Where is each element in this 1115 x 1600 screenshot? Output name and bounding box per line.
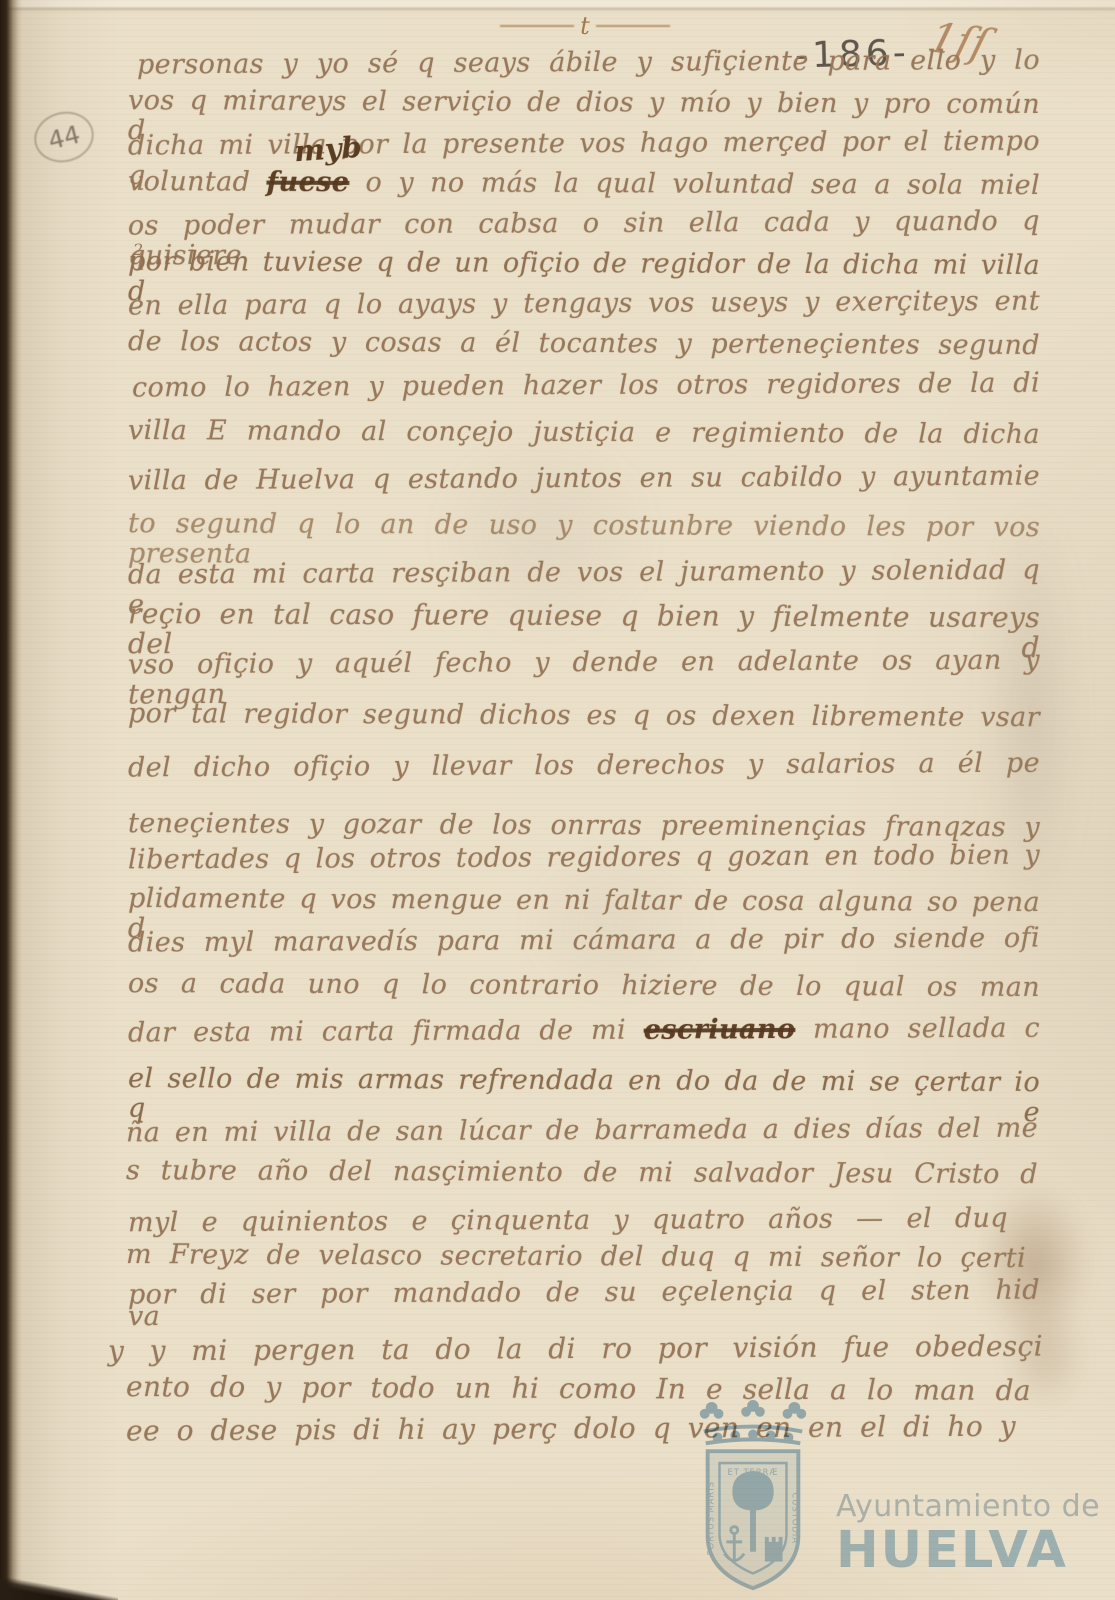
cross-glyph: t	[580, 14, 590, 38]
manuscript-line: como lo hazen y pueden hazer los otros r…	[132, 369, 1040, 404]
overwrite-word: myb	[293, 130, 363, 169]
manuscript-line: ento do y por todo un hi como In e sella…	[126, 1372, 1031, 1406]
invocation-cross: t	[500, 14, 670, 38]
margin-circled-number: 44	[29, 105, 99, 168]
margin-number-2: 2	[133, 240, 143, 259]
manuscript-line: villa E mando al conçejo justiçia e regi…	[128, 416, 1040, 450]
crest-crown	[701, 1401, 805, 1443]
manuscript-line: por di ser por mandado de su eçelençia q…	[128, 1276, 1040, 1311]
crest-tower	[765, 1537, 783, 1562]
manuscript-line: libertades q los otros todos regidores q…	[128, 841, 1040, 876]
invocation-right-stroke	[596, 25, 670, 27]
manuscript-page: t -186- 1ſſ 44 personas y yo sé q seays …	[0, 0, 1115, 1600]
manuscript-line: del dicho ofiçio y llevar los derechos y…	[128, 749, 1040, 784]
manuscript-line: en ella para q lo ayays y tengays vos us…	[128, 287, 1040, 322]
margin-circled-number-value: 44	[45, 119, 83, 155]
manuscript-line: myl e quinientos e çinquenta y quatro añ…	[128, 1204, 1008, 1239]
manuscript-line: va	[128, 1302, 160, 1332]
manuscript-line: personas y yo sé q seays ábile y sufiçie…	[137, 46, 1040, 81]
manuscript-line: s tubre año del nasçimiento de mi salvad…	[126, 1156, 1038, 1190]
huelva-logo-text: Ayuntamiento de HUELVA	[836, 1489, 1100, 1578]
struck-word: escriuano	[644, 1014, 796, 1046]
manuscript-line: ña en mi villa de san lúcar de barrameda…	[126, 1114, 1038, 1149]
logo-wordmark: HUELVA	[836, 1524, 1100, 1578]
manuscript-line: y y mi pergen ta do la di ro por visión …	[108, 1332, 1043, 1367]
crest-motto-left: PORTUS MARIS	[706, 1481, 716, 1555]
crest-motto-right: CUSTODIA	[790, 1492, 800, 1543]
manuscript-line: dar esta mi carta firmada de mi escriuan…	[128, 1014, 1040, 1049]
line-segment: dar esta mi carta firmada de mi	[128, 1015, 626, 1049]
manuscript-line: por tal regidor segund dichos es q os de…	[128, 699, 1040, 733]
crest-motto-top: ET TERRÆ	[727, 1467, 778, 1477]
top-edge-highlight	[0, 0, 1115, 7]
line-segment: o y no más la qual voluntad sea a sola m…	[365, 167, 1040, 201]
logo-subtitle: Ayuntamiento de	[836, 1489, 1100, 1524]
binding-shadow	[0, 0, 22, 1600]
huelva-crest: ET TERRÆ PORTUS MARIS CUSTODIA	[692, 1398, 814, 1600]
struck-word: fuese	[266, 167, 349, 198]
line-segment: mano sellada c	[813, 1013, 1040, 1045]
manuscript-line: dies myl maravedís para mi cámara a de p…	[128, 924, 1040, 959]
manuscript-line: villa de Huelva q estando juntos en su c…	[128, 462, 1040, 497]
line-segment: voluntad	[128, 166, 250, 198]
manuscript-line: m Freyz de velasco secretario del duq q …	[126, 1240, 1026, 1274]
manuscript-line: os a cada uno q lo contrario hiziere de …	[128, 969, 1040, 1003]
invocation-left-stroke	[500, 25, 574, 27]
huelva-crest-svg: ET TERRÆ PORTUS MARIS CUSTODIA	[692, 1398, 814, 1600]
manuscript-line: de los actos y cosas a él tocantes y per…	[128, 327, 1040, 361]
manuscript-line: voluntad fuese o y no más la qual volunt…	[128, 167, 1040, 201]
manuscript-line: ee o dese pis di hi ay perç dolo q ven e…	[126, 1412, 1016, 1447]
top-fold-line	[0, 7, 1115, 11]
manuscript-line: teneçientes y gozar de los onrras preemi…	[128, 809, 1040, 843]
bottom-left-corner-fold	[0, 1578, 118, 1600]
